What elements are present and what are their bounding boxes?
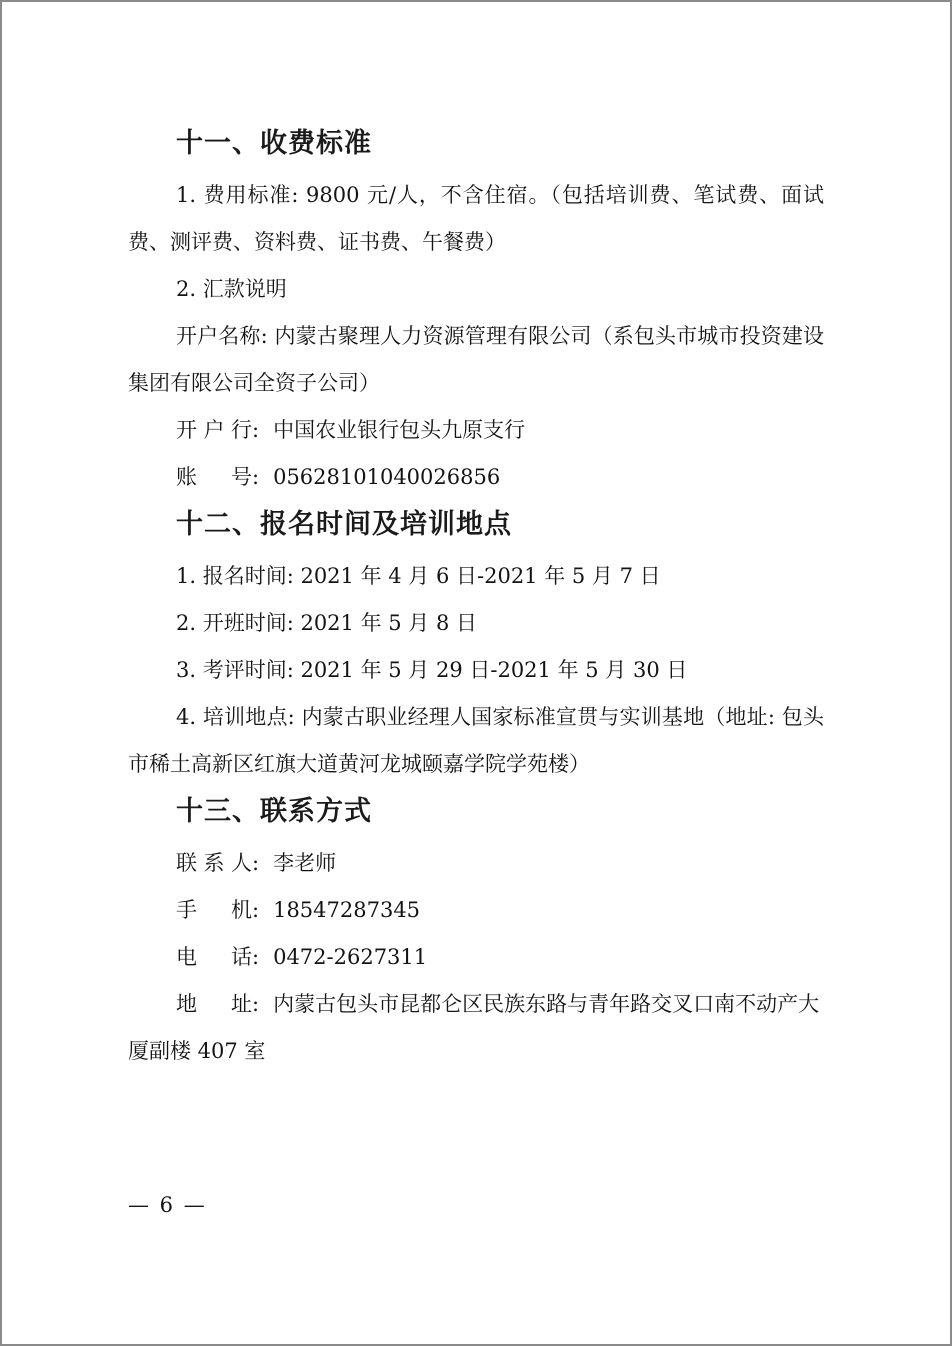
- contact-person-line: 联系人:李老师: [128, 840, 824, 887]
- class-start-paragraph: 2. 开班时间: 2021 年 5 月 8 日: [128, 600, 824, 647]
- phone-colon: :: [252, 945, 259, 969]
- contact-person-label: 联系人: [176, 840, 252, 887]
- contact-person-value: 李老师: [273, 851, 336, 875]
- bank-name-label: 开户行: [176, 407, 252, 454]
- section-12-heading: 十二、报名时间及培训地点: [128, 501, 824, 548]
- mobile-line: 手机:18547287345: [128, 887, 824, 934]
- remittance-note-paragraph: 2. 汇款说明: [128, 266, 824, 313]
- mobile-colon: :: [252, 898, 259, 922]
- account-name-paragraph: 开户名称: 内蒙古聚理人力资源管理有限公司（系包头市城市投资建设集团有限公司全资…: [128, 313, 824, 407]
- signup-time-paragraph: 1. 报名时间: 2021 年 4 月 6 日-2021 年 5 月 7 日: [128, 553, 824, 600]
- account-number-line: 账号:05628101040026856: [128, 454, 824, 501]
- account-number-value: 05628101040026856: [273, 465, 500, 489]
- section-11-heading: 十一、收费标准: [128, 120, 824, 167]
- account-number-label: 账号: [176, 454, 252, 501]
- phone-value: 0472-2627311: [273, 945, 427, 969]
- address-label: 地址: [176, 981, 252, 1028]
- bank-name-value: 中国农业银行包头九原支行: [273, 418, 525, 442]
- training-location-paragraph: 4. 培训地点: 内蒙古职业经理人国家标准宣贯与实训基地（地址: 包头市稀土高新…: [128, 694, 824, 788]
- document-content: 十一、收费标准 1. 费用标准: 9800 元/人，不含住宿。（包括培训费、笔试…: [2, 2, 950, 1075]
- mobile-value: 18547287345: [273, 898, 420, 922]
- fee-standard-paragraph: 1. 费用标准: 9800 元/人，不含住宿。（包括培训费、笔试费、面试费、测评…: [128, 172, 824, 266]
- assessment-time-paragraph: 3. 考评时间: 2021 年 5 月 29 日-2021 年 5 月 30 日: [128, 647, 824, 694]
- phone-line: 电话:0472-2627311: [128, 934, 824, 981]
- page-number: — 6 —: [128, 1182, 207, 1229]
- account-number-colon: :: [252, 465, 259, 489]
- section-13-heading: 十三、联系方式: [128, 788, 824, 835]
- phone-label: 电话: [176, 934, 252, 981]
- address-colon: :: [252, 992, 259, 1016]
- contact-person-colon: :: [252, 851, 259, 875]
- address-line: 地址:内蒙古包头市昆都仑区民族东路与青年路交叉口南不动产大厦副楼 407 室: [128, 981, 824, 1075]
- document-page: 十一、收费标准 1. 费用标准: 9800 元/人，不含住宿。（包括培训费、笔试…: [0, 0, 952, 1346]
- bank-name-line: 开户行:中国农业银行包头九原支行: [128, 407, 824, 454]
- bank-name-colon: :: [252, 418, 259, 442]
- mobile-label: 手机: [176, 887, 252, 934]
